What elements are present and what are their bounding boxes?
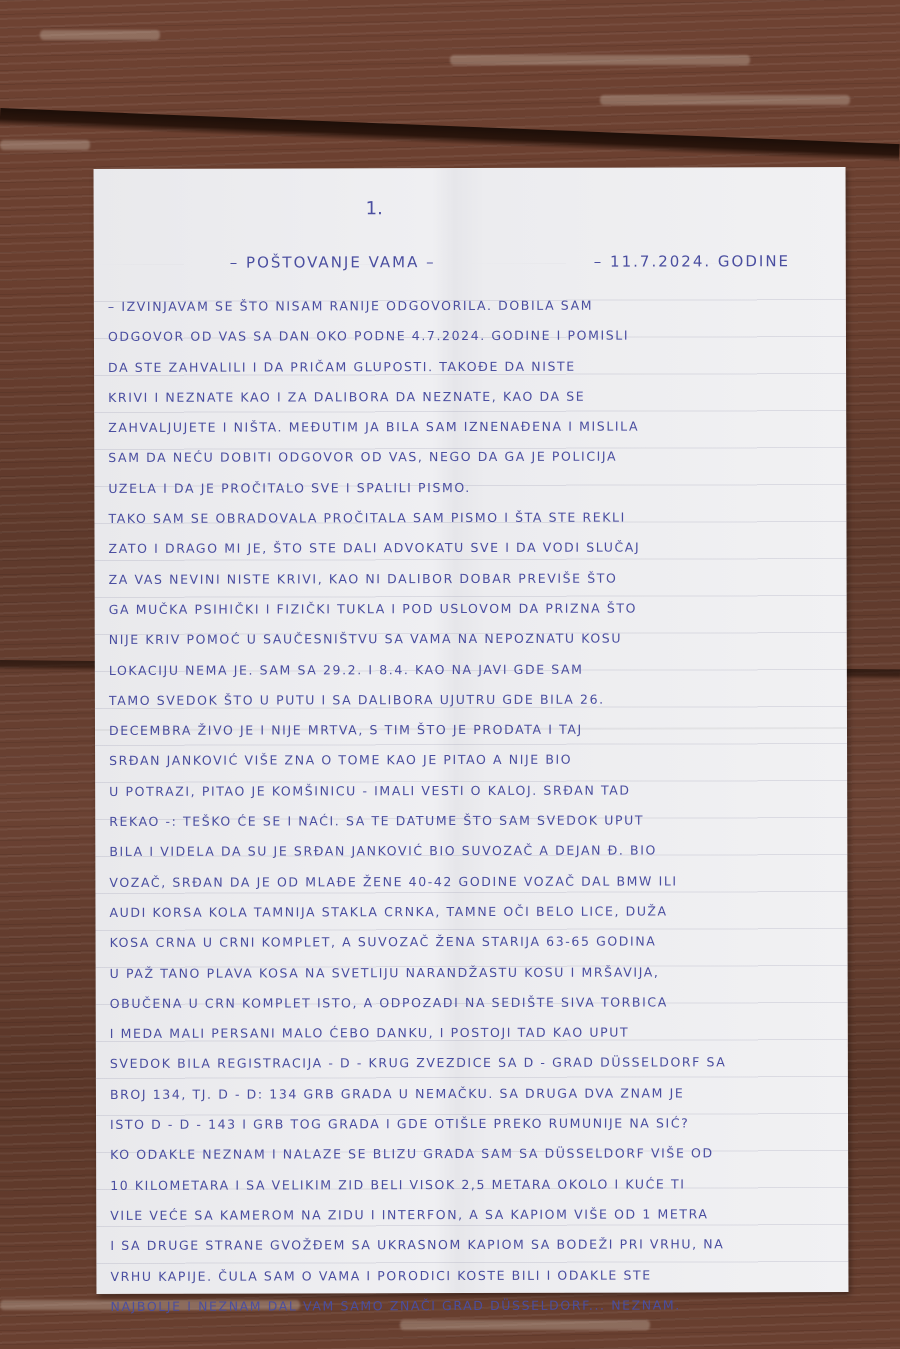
letter-line: svedok bila registracija - D - krug zvez… <box>110 1047 840 1079</box>
letter-line: bila i videla da su je Srđan Janković bi… <box>109 835 839 867</box>
letter-line: u potrazi, pitao je komšinicu - imali ve… <box>109 775 839 807</box>
letter-date: – 11.7.2024. godine <box>594 252 790 271</box>
letter-line: najbolje i neznam dal vam samo znači gra… <box>110 1290 840 1322</box>
letter-line: ko odakle neznam i nalaze se blizu grada… <box>110 1138 840 1170</box>
letter-line: u paž tano plava kosa na svetliju narand… <box>110 957 840 989</box>
letter-line: decembra živo je i nije mrtva, s tim što… <box>109 714 839 746</box>
letter-line: – Izvinjavam se što nisam ranije odgovor… <box>108 290 838 322</box>
salutation: – Poštovanje vama – <box>230 253 436 272</box>
wood-plank-gap <box>0 108 900 162</box>
letter-line: nije kriv pomoć u saučesništvu sa vama n… <box>109 623 839 655</box>
letter-line: Tako sam se obradovala pročitala sam pis… <box>108 502 838 534</box>
letter-line: vrhu kapije. Čula sam o vama i porodici … <box>110 1260 840 1292</box>
letter-line: Srđan Janković više zna o tome kao je pi… <box>109 744 839 776</box>
letter-line: i sa druge strane gvožđem sa ukrasnom ka… <box>110 1229 840 1261</box>
letter-paper: 1. – Poštovanje vama – – 11.7.2024. godi… <box>94 167 849 1294</box>
letter-line: i meda mali persani malo ćebo danku, i p… <box>110 1017 840 1049</box>
letter-line: lokaciju nema je. Sam sa 29.2. i 8.4. ka… <box>109 654 839 686</box>
letter-line: zato i drago mi je, što ste dali advokat… <box>108 532 838 564</box>
wood-texture <box>450 55 750 65</box>
letter-line: uzela i da je pročitalo sve i spalili pi… <box>108 472 838 504</box>
wood-texture <box>400 1320 650 1330</box>
page-number: 1. <box>366 198 383 219</box>
letter-line: sam da neću dobiti odgovor od vas, nego … <box>108 442 838 474</box>
letter-line: odgovor od vas sa dan oko podne 4.7.2024… <box>108 320 838 352</box>
letter-line: za vas nevini niste krivi, kao ni Dalibo… <box>109 563 839 595</box>
letter-line: isto D - D - 143 i grb tog grada i gde o… <box>110 1108 840 1140</box>
wood-texture <box>600 95 850 105</box>
wood-texture <box>40 30 160 40</box>
letter-line: broj 134, tj. D - D: 134 grb grada u Nem… <box>110 1078 840 1110</box>
letter-line: tamo svedok što u putu i sa Dalibora uju… <box>109 684 839 716</box>
letter-line: rekao -: teško će se i naći. Sa te datum… <box>109 805 839 837</box>
letter-line: obučena u crn komplet isto, a odpozadi n… <box>110 987 840 1019</box>
letter-line: kosa crna u crni komplet, a suvozač žena… <box>110 926 840 958</box>
letter-line: krivi i neznate kao i za Dalibora da nez… <box>108 381 838 413</box>
letter-line: vozač, Srđan da je od mlađe žene 40-42 g… <box>109 866 839 898</box>
letter-line: Audi korsa kola tamnija stakla crnka, ta… <box>109 896 839 928</box>
wood-texture <box>0 140 90 150</box>
letter-line: ga mučka psihički i fizički tukla i pod … <box>109 593 839 625</box>
letter-line: da ste zahvalili i da pričam gluposti. T… <box>108 351 838 383</box>
letter-body: – Izvinjavam se što nisam ranije odgovor… <box>108 290 841 1322</box>
letter-line: zahvaljujete i ništa. Međutim ja bila sa… <box>108 411 838 443</box>
letter-line: 10 kilometara i sa velikim zid beli viso… <box>110 1169 840 1201</box>
letter-line: vile veće sa kamerom na zidu i interfon,… <box>110 1199 840 1231</box>
